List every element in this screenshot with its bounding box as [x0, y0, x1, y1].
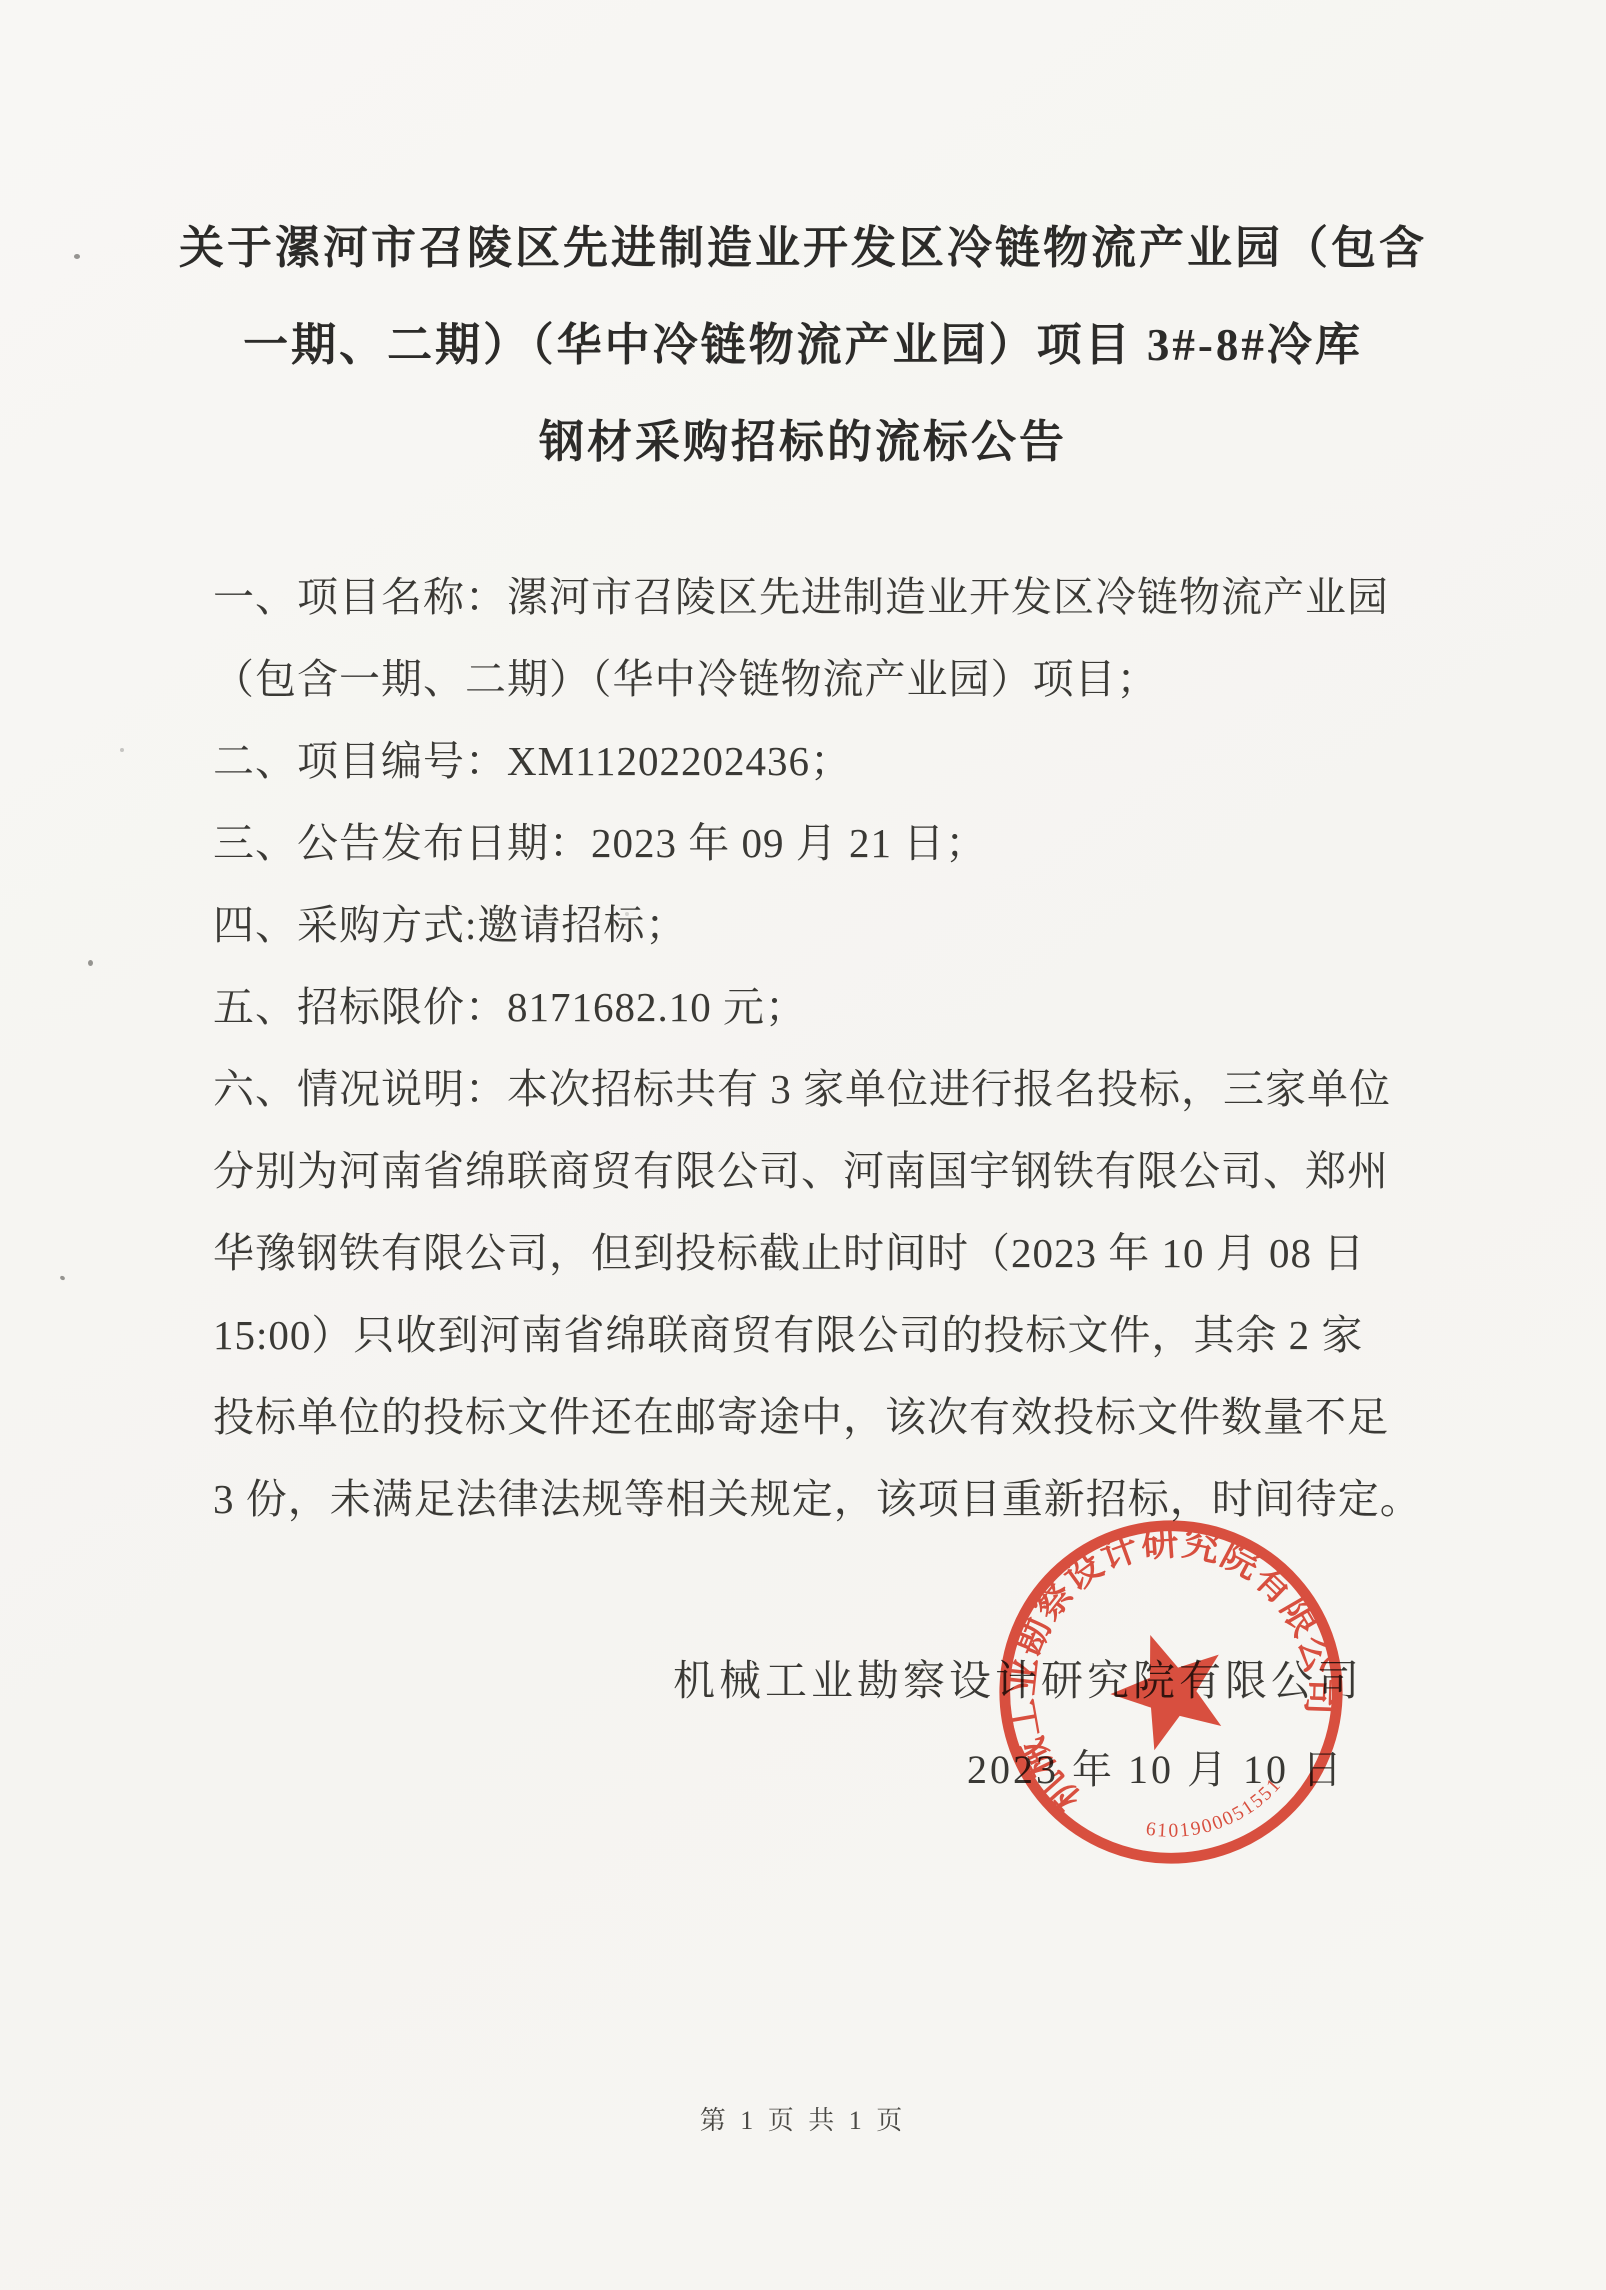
- scan-speck: [625, 912, 629, 916]
- title-line-2: 一期、二期）（华中冷链物流产业园）项目 3#-8#冷库: [0, 297, 1606, 394]
- body-line: 15:00）只收到河南省绵联商贸有限公司的投标文件，其余 2 家: [213, 1294, 1403, 1376]
- scan-speck: [120, 748, 124, 752]
- title-line-1: 关于漯河市召陵区先进制造业开发区冷链物流产业园（包含: [0, 200, 1606, 297]
- body-line: 四、采购方式:邀请招标；: [213, 884, 1403, 966]
- document-body: 一、项目名称：漯河市召陵区先进制造业开发区冷链物流产业园 （包含一期、二期）（华…: [213, 556, 1403, 1540]
- body-line: 三、公告发布日期：2023 年 09 月 21 日；: [213, 802, 1403, 884]
- body-line: 一、项目名称：漯河市召陵区先进制造业开发区冷链物流产业园: [213, 556, 1403, 638]
- body-line: 分别为河南省绵联商贸有限公司、河南国宇钢铁有限公司、郑州: [213, 1130, 1403, 1212]
- body-line: 华豫钢铁有限公司，但到投标截止时间时（2023 年 10 月 08 日: [213, 1212, 1403, 1294]
- seal-number: 6101900051551: [1138, 1771, 1293, 1859]
- page-footer: 第 1 页 共 1 页: [0, 2100, 1606, 2137]
- star-icon: [1096, 1615, 1242, 1758]
- body-line: 投标单位的投标文件还在邮寄途中，该次有效投标文件数量不足: [213, 1376, 1403, 1458]
- document-page: 关于漯河市召陵区先进制造业开发区冷链物流产业园（包含 一期、二期）（华中冷链物流…: [0, 0, 1606, 2290]
- body-line: （包含一期、二期）（华中冷链物流产业园）项目；: [213, 638, 1403, 720]
- document-title: 关于漯河市召陵区先进制造业开发区冷链物流产业园（包含 一期、二期）（华中冷链物流…: [0, 200, 1606, 491]
- body-line: 二、项目编号：XM11202202436；: [213, 720, 1403, 802]
- scan-speck: [74, 254, 80, 259]
- scan-speck: [88, 960, 93, 966]
- scan-speck: [59, 1275, 65, 1281]
- body-line: 五、招标限价：8171682.10 元；: [213, 966, 1403, 1048]
- title-line-3: 钢材采购招标的流标公告: [0, 394, 1606, 491]
- body-line: 六、情况说明：本次招标共有 3 家单位进行报名投标，三家单位: [213, 1048, 1403, 1130]
